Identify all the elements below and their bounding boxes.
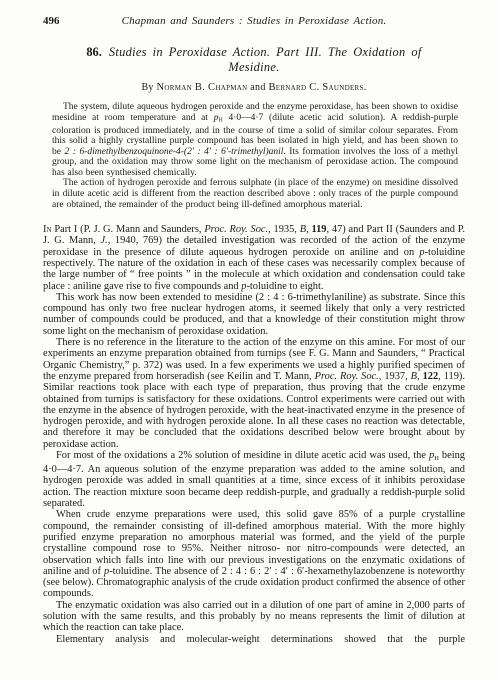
article-title-block: 86.Studies in Peroxidase Action. Part II…	[43, 45, 465, 75]
abstract-paragraph: The action of hydrogen peroxide and ferr…	[52, 178, 458, 210]
article-title-text: Studies in Peroxidase Action. Part III. …	[109, 45, 422, 59]
byline: By Norman B. Chapman and Bernard C. Saun…	[43, 82, 465, 93]
body-paragraph: The enzymatic oxidation was also carried…	[43, 600, 465, 634]
article-title-line2: Mesidine.	[43, 60, 465, 75]
page-number: 496	[43, 15, 60, 28]
running-head-text: Chapman and Saunders : Studies in Peroxi…	[43, 15, 465, 28]
body-paragraph: When crude enzyme preparations were used…	[43, 509, 465, 599]
running-header: 496 Chapman and Saunders : Studies in Pe…	[43, 15, 465, 28]
body-paragraph: For most of the oxidations a 2% solution…	[43, 450, 465, 509]
abstract: The system, dilute aqueous hydrogen pero…	[52, 102, 458, 210]
journal-page: 496 Chapman and Saunders : Studies in Pe…	[0, 0, 500, 679]
body-paragraph: There is no reference in the literature …	[43, 337, 465, 450]
body-paragraph: In Part I (P. J. G. Mann and Saunders, P…	[43, 224, 465, 292]
body-paragraph: Elementary analysis and molecular-weight…	[43, 634, 465, 645]
article-body: In Part I (P. J. G. Mann and Saunders, P…	[43, 224, 465, 645]
article-number: 86.	[86, 45, 102, 59]
body-paragraph: This work has now been extended to mesid…	[43, 292, 465, 337]
article-title-line1: 86.Studies in Peroxidase Action. Part II…	[43, 45, 465, 60]
abstract-paragraph: The system, dilute aqueous hydrogen pero…	[52, 102, 458, 178]
